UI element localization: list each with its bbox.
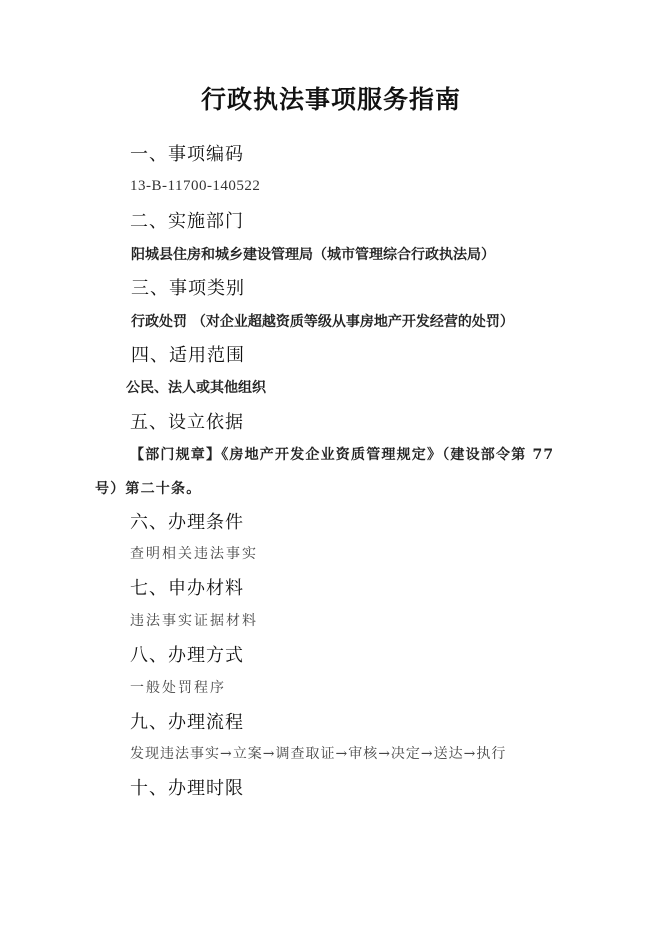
section-heading-method: 八、办理方式 bbox=[130, 641, 244, 667]
section-body-department: 阳城县住房和城乡建设管理局（城市管理综合行政执法局） bbox=[131, 244, 495, 264]
section-body-code: 13-B-11700-140522 bbox=[130, 178, 260, 195]
section-body-method: 一般处罚程序 bbox=[130, 677, 226, 697]
section-heading-process: 九、办理流程 bbox=[130, 708, 244, 734]
section-body-basis-line1: 【部门规章】《房地产开发企业资质管理规定》（建设部令第 77 bbox=[130, 444, 554, 464]
section-heading-basis: 五、设立依据 bbox=[130, 408, 244, 434]
section-body-materials: 违法事实证据材料 bbox=[130, 610, 258, 630]
section-body-scope: 公民、法人或其他组织 bbox=[126, 377, 266, 397]
section-heading-conditions: 六、办理条件 bbox=[130, 508, 244, 534]
section-body-category: 行政处罚 （对企业超越资质等级从事房地产开发经营的处罚） bbox=[131, 311, 514, 331]
section-heading-code: 一、事项编码 bbox=[130, 140, 244, 166]
section-heading-scope: 四、适用范围 bbox=[131, 341, 245, 367]
section-body-basis-line2: 号）第二十条。 bbox=[95, 478, 201, 498]
section-heading-category: 三、事项类别 bbox=[131, 274, 245, 300]
document-title: 行政执法事项服务指南 bbox=[0, 80, 662, 116]
section-heading-department: 二、实施部门 bbox=[130, 207, 244, 233]
section-body-conditions: 查明相关违法事实 bbox=[130, 543, 258, 563]
section-body-process: 发现违法事实→立案→调查取证→审核→决定→送达→执行 bbox=[130, 743, 506, 763]
section-heading-time-limit: 十、办理时限 bbox=[130, 774, 244, 800]
section-heading-materials: 七、申办材料 bbox=[130, 574, 244, 600]
